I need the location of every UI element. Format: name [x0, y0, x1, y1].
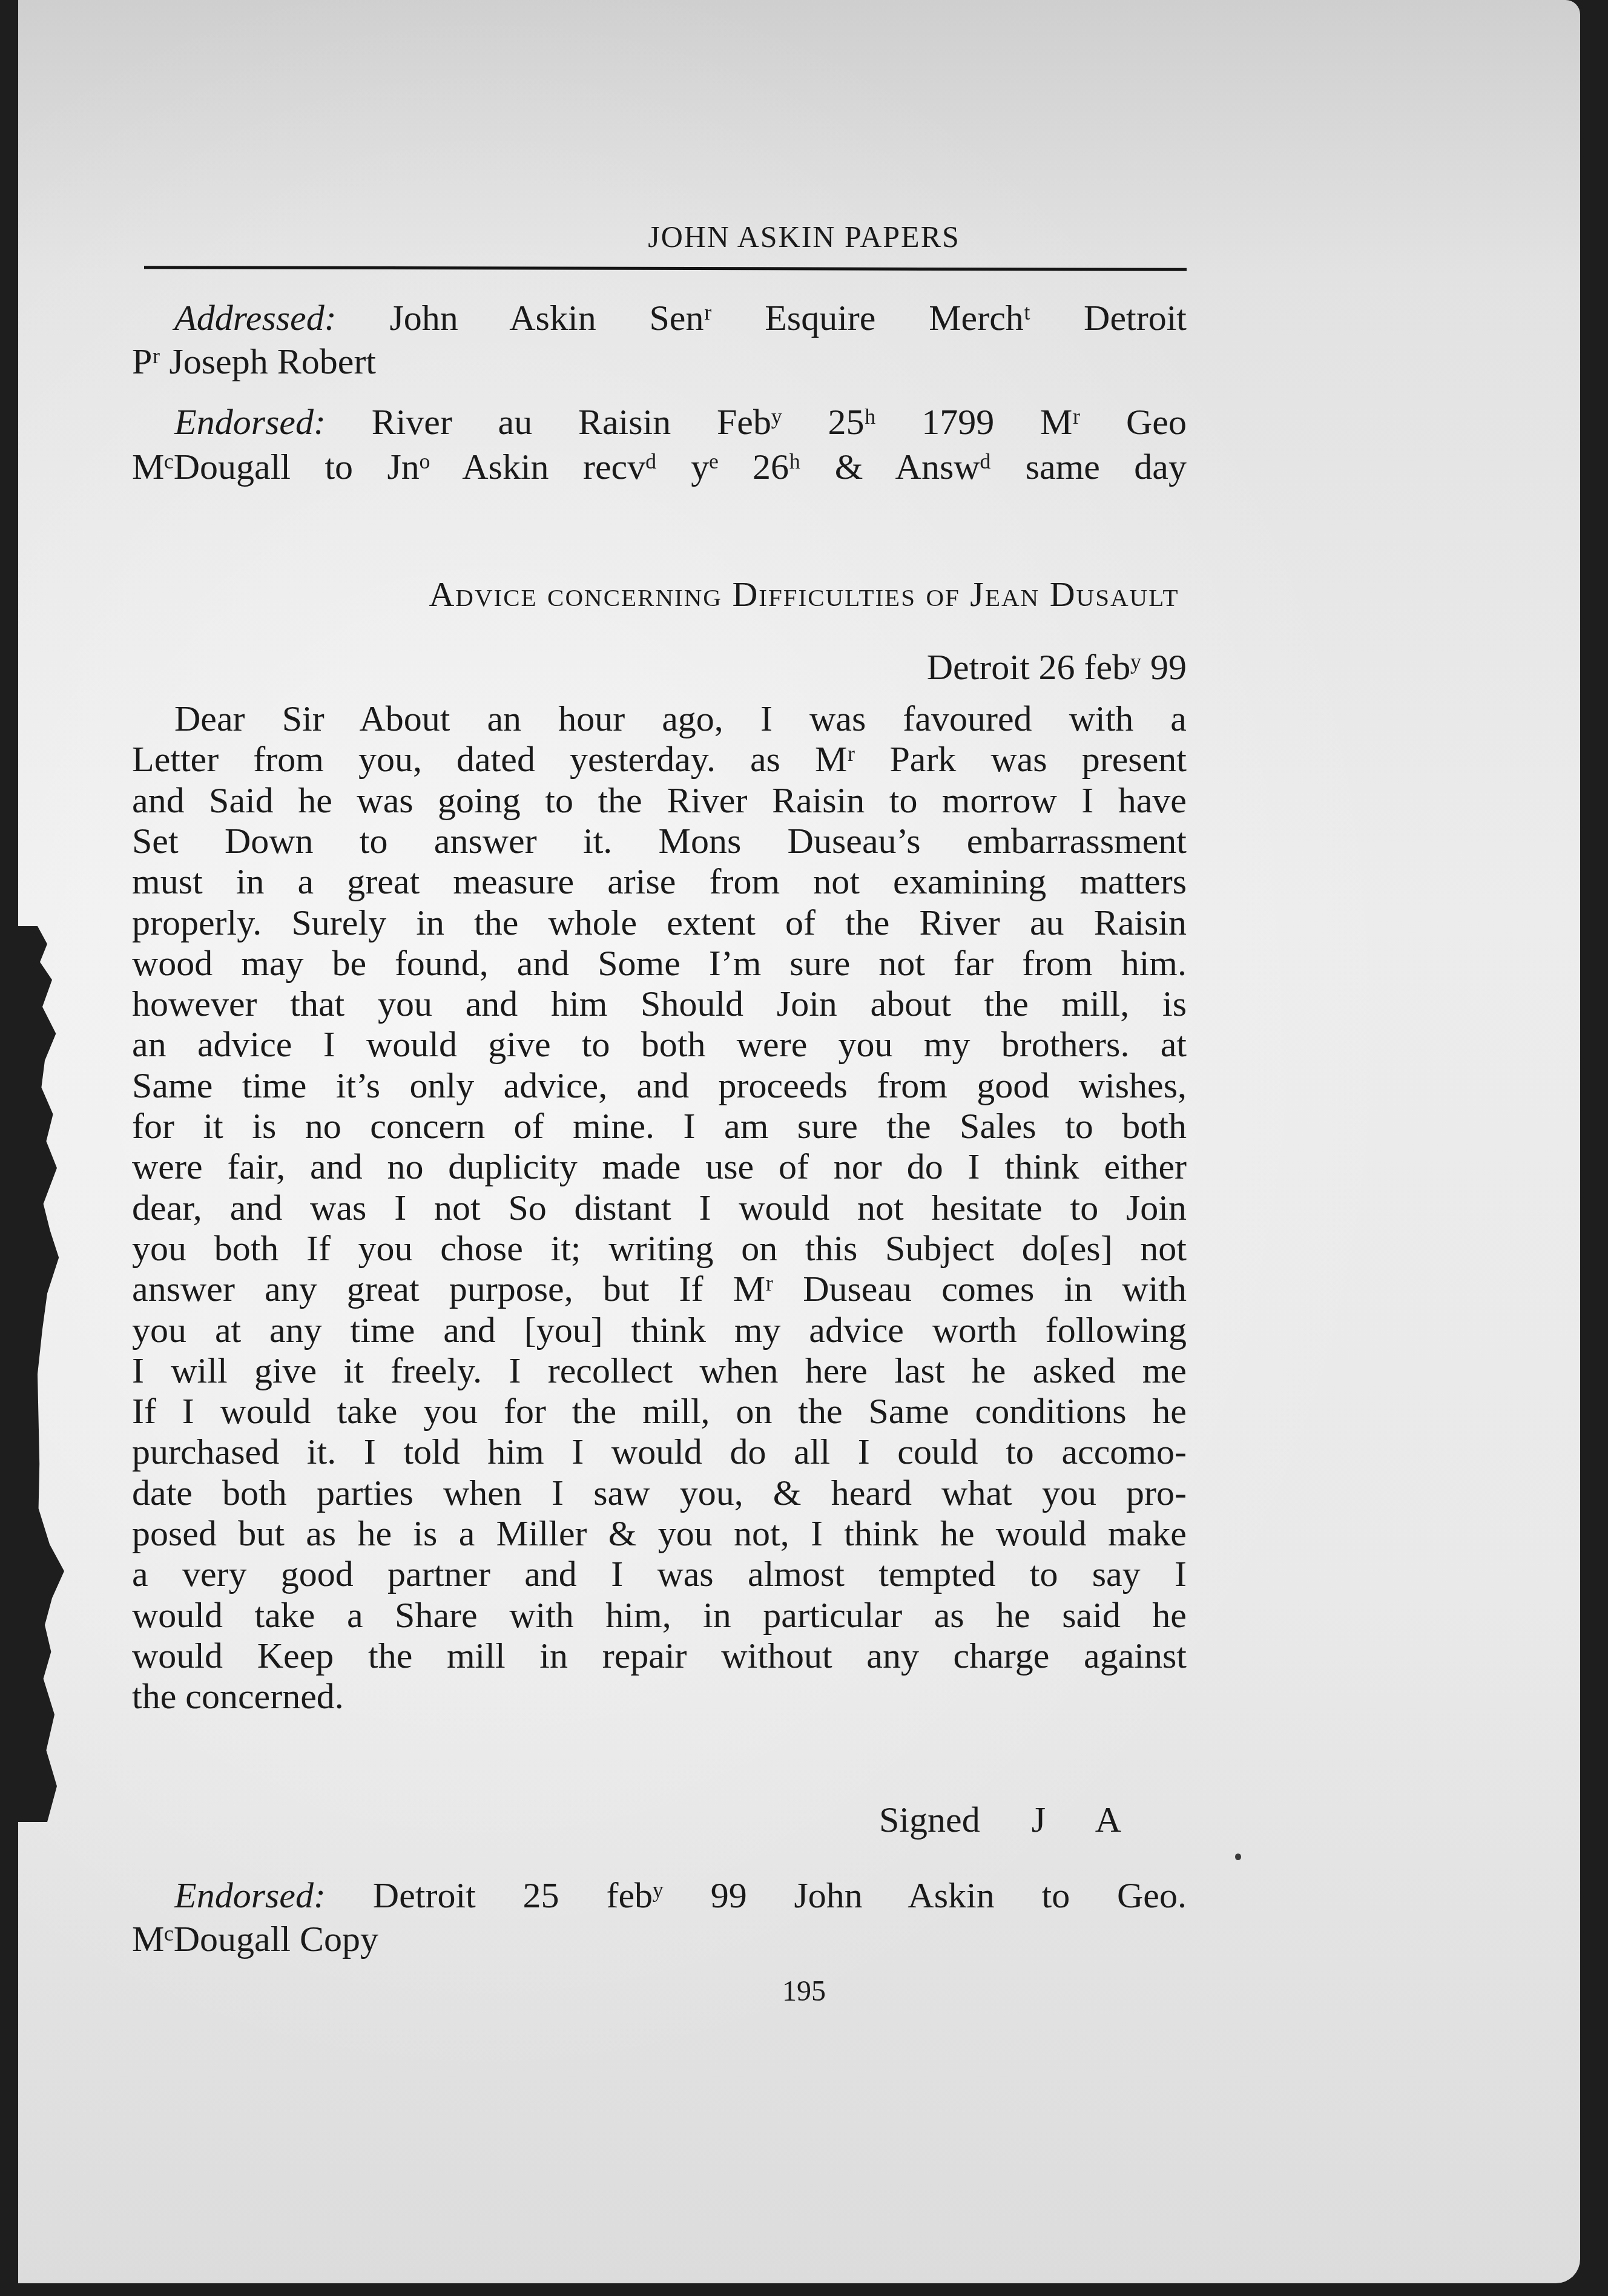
ink-speck — [1235, 1854, 1241, 1860]
letter-line: would take a Share with him, in particul… — [132, 1595, 1187, 1636]
letter-line: would Keep the mill in repair without an… — [132, 1636, 1187, 1676]
endorsed-text: River au Raisin Febʸ 25ʰ 1799 Mʳ Geo — [372, 402, 1187, 442]
addressed-line-1: Addressed: John Askin Senʳ Esquire Merch… — [132, 298, 1187, 338]
letter-line: must in a great measure arise from not e… — [132, 861, 1187, 902]
letter-line: Dear Sir About an hour ago, I was favour… — [132, 699, 1187, 739]
footer-endorsed-line-2: MᶜDougall Copy — [132, 1919, 1187, 1959]
letter-line: Set Down to answer it. Mons Duseau’s emb… — [132, 821, 1187, 861]
endorsed-label: Endorsed: — [174, 402, 326, 442]
endorsed-line-1: Endorsed: River au Raisin Febʸ 25ʰ 1799 … — [132, 402, 1187, 442]
dateline: Detroit 26 febʸ 99 — [927, 646, 1187, 688]
letter-line: an advice I would give to both were you … — [132, 1024, 1187, 1065]
endorsed-line-2: MᶜDougall to Jnᵒ Askin recvᵈ yᵉ 26ʰ & An… — [132, 447, 1187, 487]
letter-line: you both If you chose it; writing on thi… — [132, 1228, 1187, 1269]
letter-line: properly. Surely in the whole extent of … — [132, 903, 1187, 943]
letter-line: If I would take you for the mill, on the… — [132, 1391, 1187, 1432]
addressed-text: John Askin Senʳ Esquire Merchᵗ Detroit — [389, 298, 1187, 338]
letter-line: for it is no concern of mine. I am sure … — [132, 1106, 1187, 1146]
page-number: 195 — [0, 1975, 1608, 2008]
letter-line: wood may be found, and Some I’m sure not… — [132, 943, 1187, 984]
addressed-line-2: Pʳ Joseph Robert — [132, 341, 1187, 382]
running-head: JOHN ASKIN PAPERS — [0, 219, 1608, 254]
letter-line: were fair, and no duplicity made use of … — [132, 1146, 1187, 1187]
letter-line: I will give it freely. I recollect when … — [132, 1350, 1187, 1391]
footer-endorsed-label: Endorsed: — [174, 1875, 326, 1915]
letter-line: a very good partner and I was almost tem… — [132, 1554, 1187, 1594]
letter-line: the concerned. — [132, 1676, 1187, 1717]
letter-line: you at any time and [you] think my advic… — [132, 1310, 1187, 1350]
document-title: Advice concerning Difficulties of Jean D… — [0, 574, 1608, 614]
letter-line: Letter from you, dated yesterday. as Mʳ … — [132, 739, 1187, 780]
signature: Signed J A — [879, 1799, 1121, 1841]
footer-endorsed-line-1: Endorsed: Detroit 25 febʸ 99 John Askin … — [132, 1875, 1187, 1916]
letter-line: Same time it’s only advice, and proceeds… — [132, 1065, 1187, 1106]
torn-left-edge — [18, 926, 67, 1822]
letter-line: however that you and him Should Join abo… — [132, 984, 1187, 1024]
letter-line: date both parties when I saw you, & hear… — [132, 1473, 1187, 1513]
footer-endorsed-text: Detroit 25 febʸ 99 John Askin to Geo. — [373, 1875, 1187, 1915]
letter-line: answer any great purpose, but If Mʳ Duse… — [132, 1269, 1187, 1309]
letter-line: posed but as he is a Miller & you not, I… — [132, 1513, 1187, 1554]
letter-line: purchased it. I told him I would do all … — [132, 1432, 1187, 1472]
addressed-label: Addressed: — [174, 298, 337, 338]
letter-line: dear, and was I not So distant I would n… — [132, 1188, 1187, 1228]
letter-line: and Said he was going to the River Raisi… — [132, 780, 1187, 821]
